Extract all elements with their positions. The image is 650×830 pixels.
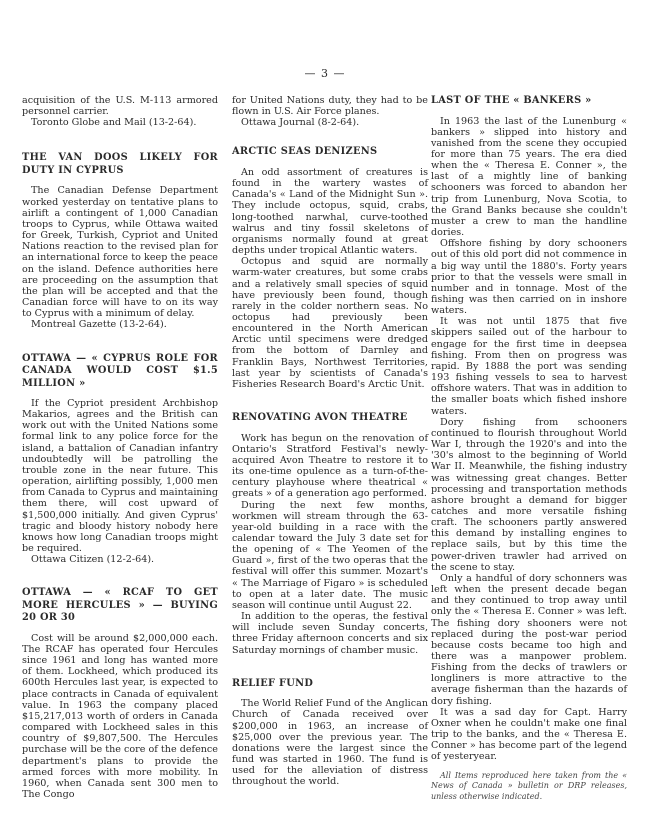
- column-2: for United Nations duty, they had to be …: [232, 95, 428, 787]
- article-source: Ottawa Journal (8-2-64).: [232, 117, 428, 128]
- source-footnote: All Items reproduced here taken from the…: [431, 771, 627, 803]
- article-cyprus-role: OTTAWA — « CYPRUS ROLE FOR CANADA WOULD …: [22, 353, 218, 566]
- article-paragraph: for United Nations duty, they had to be …: [232, 95, 428, 117]
- article-paragraph: It was not until 1875 that five skippers…: [431, 316, 627, 416]
- article-rcaf-hercules: OTTAWA — « RCAF TO GET MORE HERCULES » —…: [22, 587, 218, 800]
- article-arctic-seas: ARCTIC SEAS DENIZENS An odd assortment o…: [232, 146, 428, 390]
- column-3: LAST OF THE « BANKERS » In 1963 the last…: [431, 95, 627, 802]
- article-headline: THE VAN DOOS LIKELY FOR DUTY IN CYPRUS: [22, 152, 218, 177]
- article-source: Ottawa Citizen (12-2-64).: [22, 554, 218, 565]
- column-1: acquisition of the U.S. M-113 armored pe…: [22, 95, 218, 800]
- page-number: — 3 —: [0, 67, 650, 80]
- article-headline: OTTAWA — « CYPRUS ROLE FOR CANADA WOULD …: [22, 353, 218, 391]
- article-headline: RENOVATING AVON THEATRE: [232, 412, 428, 425]
- article-headline: LAST OF THE « BANKERS »: [431, 95, 627, 108]
- article-paragraph: In 1963 the last of the Lunenburg « bank…: [431, 116, 627, 239]
- article-van-doos: THE VAN DOOS LIKELY FOR DUTY IN CYPRUS T…: [22, 152, 218, 330]
- article-last-of-bankers: LAST OF THE « BANKERS » In 1963 the last…: [431, 95, 627, 763]
- article-paragraph: Work has begun on the renovation of Onta…: [232, 433, 428, 500]
- article-paragraph: An odd assortment of creatures is found …: [232, 167, 428, 256]
- article-headline: OTTAWA — « RCAF TO GET MORE HERCULES » —…: [22, 587, 218, 625]
- article-paragraph: acquisition of the U.S. M-113 armored pe…: [22, 95, 218, 117]
- article-avon-theatre: RENOVATING AVON THEATRE Work has begun o…: [232, 412, 428, 656]
- article-paragraph: Only a handful of dory schonners was lef…: [431, 573, 627, 707]
- article-paragraph: Dory fishing from schooners continued to…: [431, 417, 627, 573]
- article-paragraph: The World Relief Fund of the Anglican Ch…: [232, 698, 428, 787]
- article-source: Toronto Globe and Mail (13-2-64).: [22, 117, 218, 128]
- article-paragraph: If the Cypriot president Archbishop Maka…: [22, 398, 218, 554]
- article-paragraph: Octopus and squid are normally warm-wate…: [232, 256, 428, 390]
- article-paragraph: During the next few months, workmen will…: [232, 500, 428, 612]
- article-paragraph: The Canadian Defense Department worked y…: [22, 185, 218, 319]
- article-headline: RELIEF FUND: [232, 678, 428, 691]
- article-continuation-carrier: acquisition of the U.S. M-113 armored pe…: [22, 95, 218, 128]
- article-paragraph: It was a sad day for Capt. Harry Oxner w…: [431, 707, 627, 763]
- article-paragraph: Offshore fishing by dory schooners out o…: [431, 238, 627, 316]
- article-headline: ARCTIC SEAS DENIZENS: [232, 146, 428, 159]
- article-source: Montreal Gazette (13-2-64).: [22, 319, 218, 330]
- article-paragraph: In addition to the operas, the festival …: [232, 611, 428, 656]
- article-continuation-congo: for United Nations duty, they had to be …: [232, 95, 428, 128]
- article-relief-fund: RELIEF FUND The World Relief Fund of the…: [232, 678, 428, 788]
- article-paragraph: Cost will be around $2,000,000 each. The…: [22, 633, 218, 800]
